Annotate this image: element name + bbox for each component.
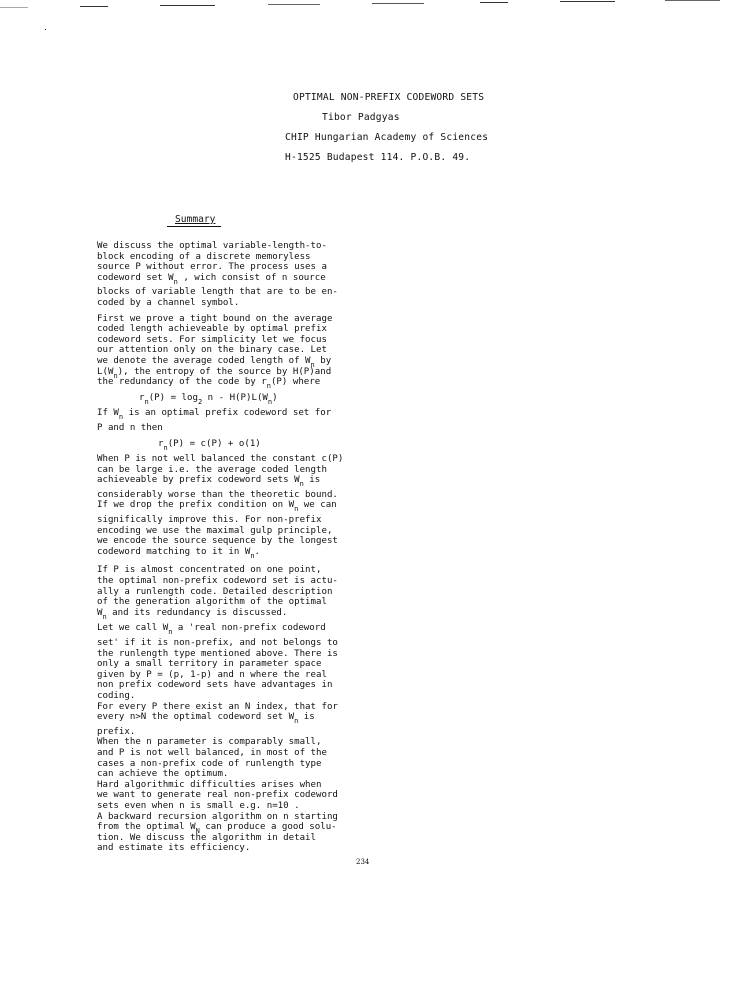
text-line: considerably worse than the theoretic bo… (97, 490, 387, 501)
text-line: can achieve the optimum. (97, 769, 387, 780)
text-line: If P is almost concentrated on one point… (97, 565, 387, 576)
text-line: codeword sets. For simplicity let we foc… (97, 335, 387, 346)
text-line: source P without error. The process uses… (97, 262, 387, 273)
equation: rn(P) = log2 n - H(P)L(Wn) (97, 393, 387, 404)
text-line: coded by a channel symbol. (97, 298, 387, 309)
text-line: every n>N the optimal codeword set Wn is (97, 712, 387, 723)
text-line: the redundancy of the code by rn(P) wher… (97, 377, 387, 388)
summary-paragraph: First we prove a tight bound on the aver… (97, 314, 387, 388)
text-line: only a small territory in parameter spac… (97, 659, 387, 670)
summary-paragraph: We discuss the optimal variable-length-t… (97, 241, 387, 309)
author-address: H-1525 Budapest 114. P.O.B. 49. (285, 152, 470, 163)
text-line: First we prove a tight bound on the aver… (97, 314, 387, 325)
section-heading-summary: Summary (175, 214, 215, 225)
text-line: ally a runlength code. Detailed descript… (97, 587, 387, 598)
paper-title: OPTIMAL NON-PREFIX CODEWORD SETS (293, 92, 484, 103)
text-line: we denote the average coded length of Wn… (97, 356, 387, 367)
text-line: For every P there exist an N index, that… (97, 702, 387, 713)
scan-artifact (665, 0, 720, 1)
text-line: L(Wn), the entropy of the source by H(P)… (97, 367, 387, 378)
scan-artifact (480, 2, 508, 3)
text-line: we want to generate real non-prefix code… (97, 790, 387, 801)
text-line: can be large i.e. the average coded leng… (97, 465, 387, 476)
text-line: prefix. (97, 727, 387, 738)
summary-paragraph: Let we call Wn a 'real non-prefix codewo… (97, 623, 387, 853)
text-line: tion. We discuss the algorithm in detail (97, 833, 387, 844)
page-number: 234 (356, 858, 369, 866)
summary-paragraph: When P is not well balanced the constant… (97, 454, 387, 557)
text-line: If Wn is an optimal prefix codeword set … (97, 408, 387, 419)
text-line: set' if it is non-prefix, and not belong… (97, 638, 387, 649)
text-line: When the n parameter is comparably small… (97, 737, 387, 748)
text-line: non prefix codeword sets have advantages… (97, 680, 387, 691)
summary-paragraph: rn(P) = log2 n - H(P)L(Wn) (97, 393, 387, 404)
author-name: Tibor Padgyas (322, 112, 400, 123)
text-line: blocks of variable length that are to be… (97, 287, 387, 298)
author-affiliation: CHIP Hungarian Academy of Sciences (285, 132, 488, 143)
text-line: encoding we use the maximal gulp princip… (97, 526, 387, 537)
text-line: of the generation algorithm of the optim… (97, 597, 387, 608)
scan-artifact (80, 6, 108, 7)
scan-artifact (268, 4, 320, 5)
scan-artifact (0, 7, 28, 8)
text-line: If we drop the prefix condition on Wn we… (97, 500, 387, 511)
text-line: Hard algorithmic difficulties arises whe… (97, 780, 387, 791)
text-line: the optimal non-prefix codeword set is a… (97, 576, 387, 587)
text-line: codeword set Wn , wich consist of n sour… (97, 273, 387, 284)
text-line: P and n then (97, 423, 387, 434)
text-line: coded length achieveable by optimal pref… (97, 324, 387, 335)
text-line: our attention only on the binary case. L… (97, 345, 387, 356)
scan-artifact (372, 3, 424, 4)
text-line: We discuss the optimal variable-length-t… (97, 241, 387, 252)
text-line: codeword matching to it in Wn. (97, 547, 387, 558)
summary-paragraph: rn(P) = c(P) + o(1) (97, 439, 387, 450)
paragraph-gap (97, 557, 387, 565)
text-line: achieveable by prefix codeword sets Wn i… (97, 475, 387, 486)
text-line: sets even when n is small e.g. n=10 . (97, 801, 387, 812)
scan-speck (45, 29, 46, 30)
text-line: and P is not well balanced, in most of t… (97, 748, 387, 759)
text-line: Wn and its redundancy is discussed. (97, 608, 387, 619)
text-line: block encoding of a discrete memoryless (97, 252, 387, 263)
text-line: and estimate its efficiency. (97, 843, 387, 854)
summary-body: We discuss the optimal variable-length-t… (97, 241, 387, 854)
text-line: the runlength type mentioned above. Ther… (97, 649, 387, 660)
text-line: we encode the source sequence by the lon… (97, 536, 387, 547)
text-line: from the optimal WN can produce a good s… (97, 822, 387, 833)
text-line: significally improve this. For non-prefi… (97, 515, 387, 526)
text-line: When P is not well balanced the constant… (97, 454, 387, 465)
equation: rn(P) = c(P) + o(1) (97, 439, 387, 450)
text-line: Let we call Wn a 'real non-prefix codewo… (97, 623, 387, 634)
text-line: coding. (97, 691, 387, 702)
text-line: A backward recursion algorithm on n star… (97, 812, 387, 823)
text-line: cases a non-prefix code of runlength typ… (97, 759, 387, 770)
scan-artifact (160, 5, 215, 6)
summary-paragraph: If P is almost concentrated on one point… (97, 565, 387, 618)
scan-artifact (560, 1, 615, 2)
text-line: given by P = (p, 1-p) and n where the re… (97, 670, 387, 681)
summary-paragraph: If Wn is an optimal prefix codeword set … (97, 408, 387, 433)
